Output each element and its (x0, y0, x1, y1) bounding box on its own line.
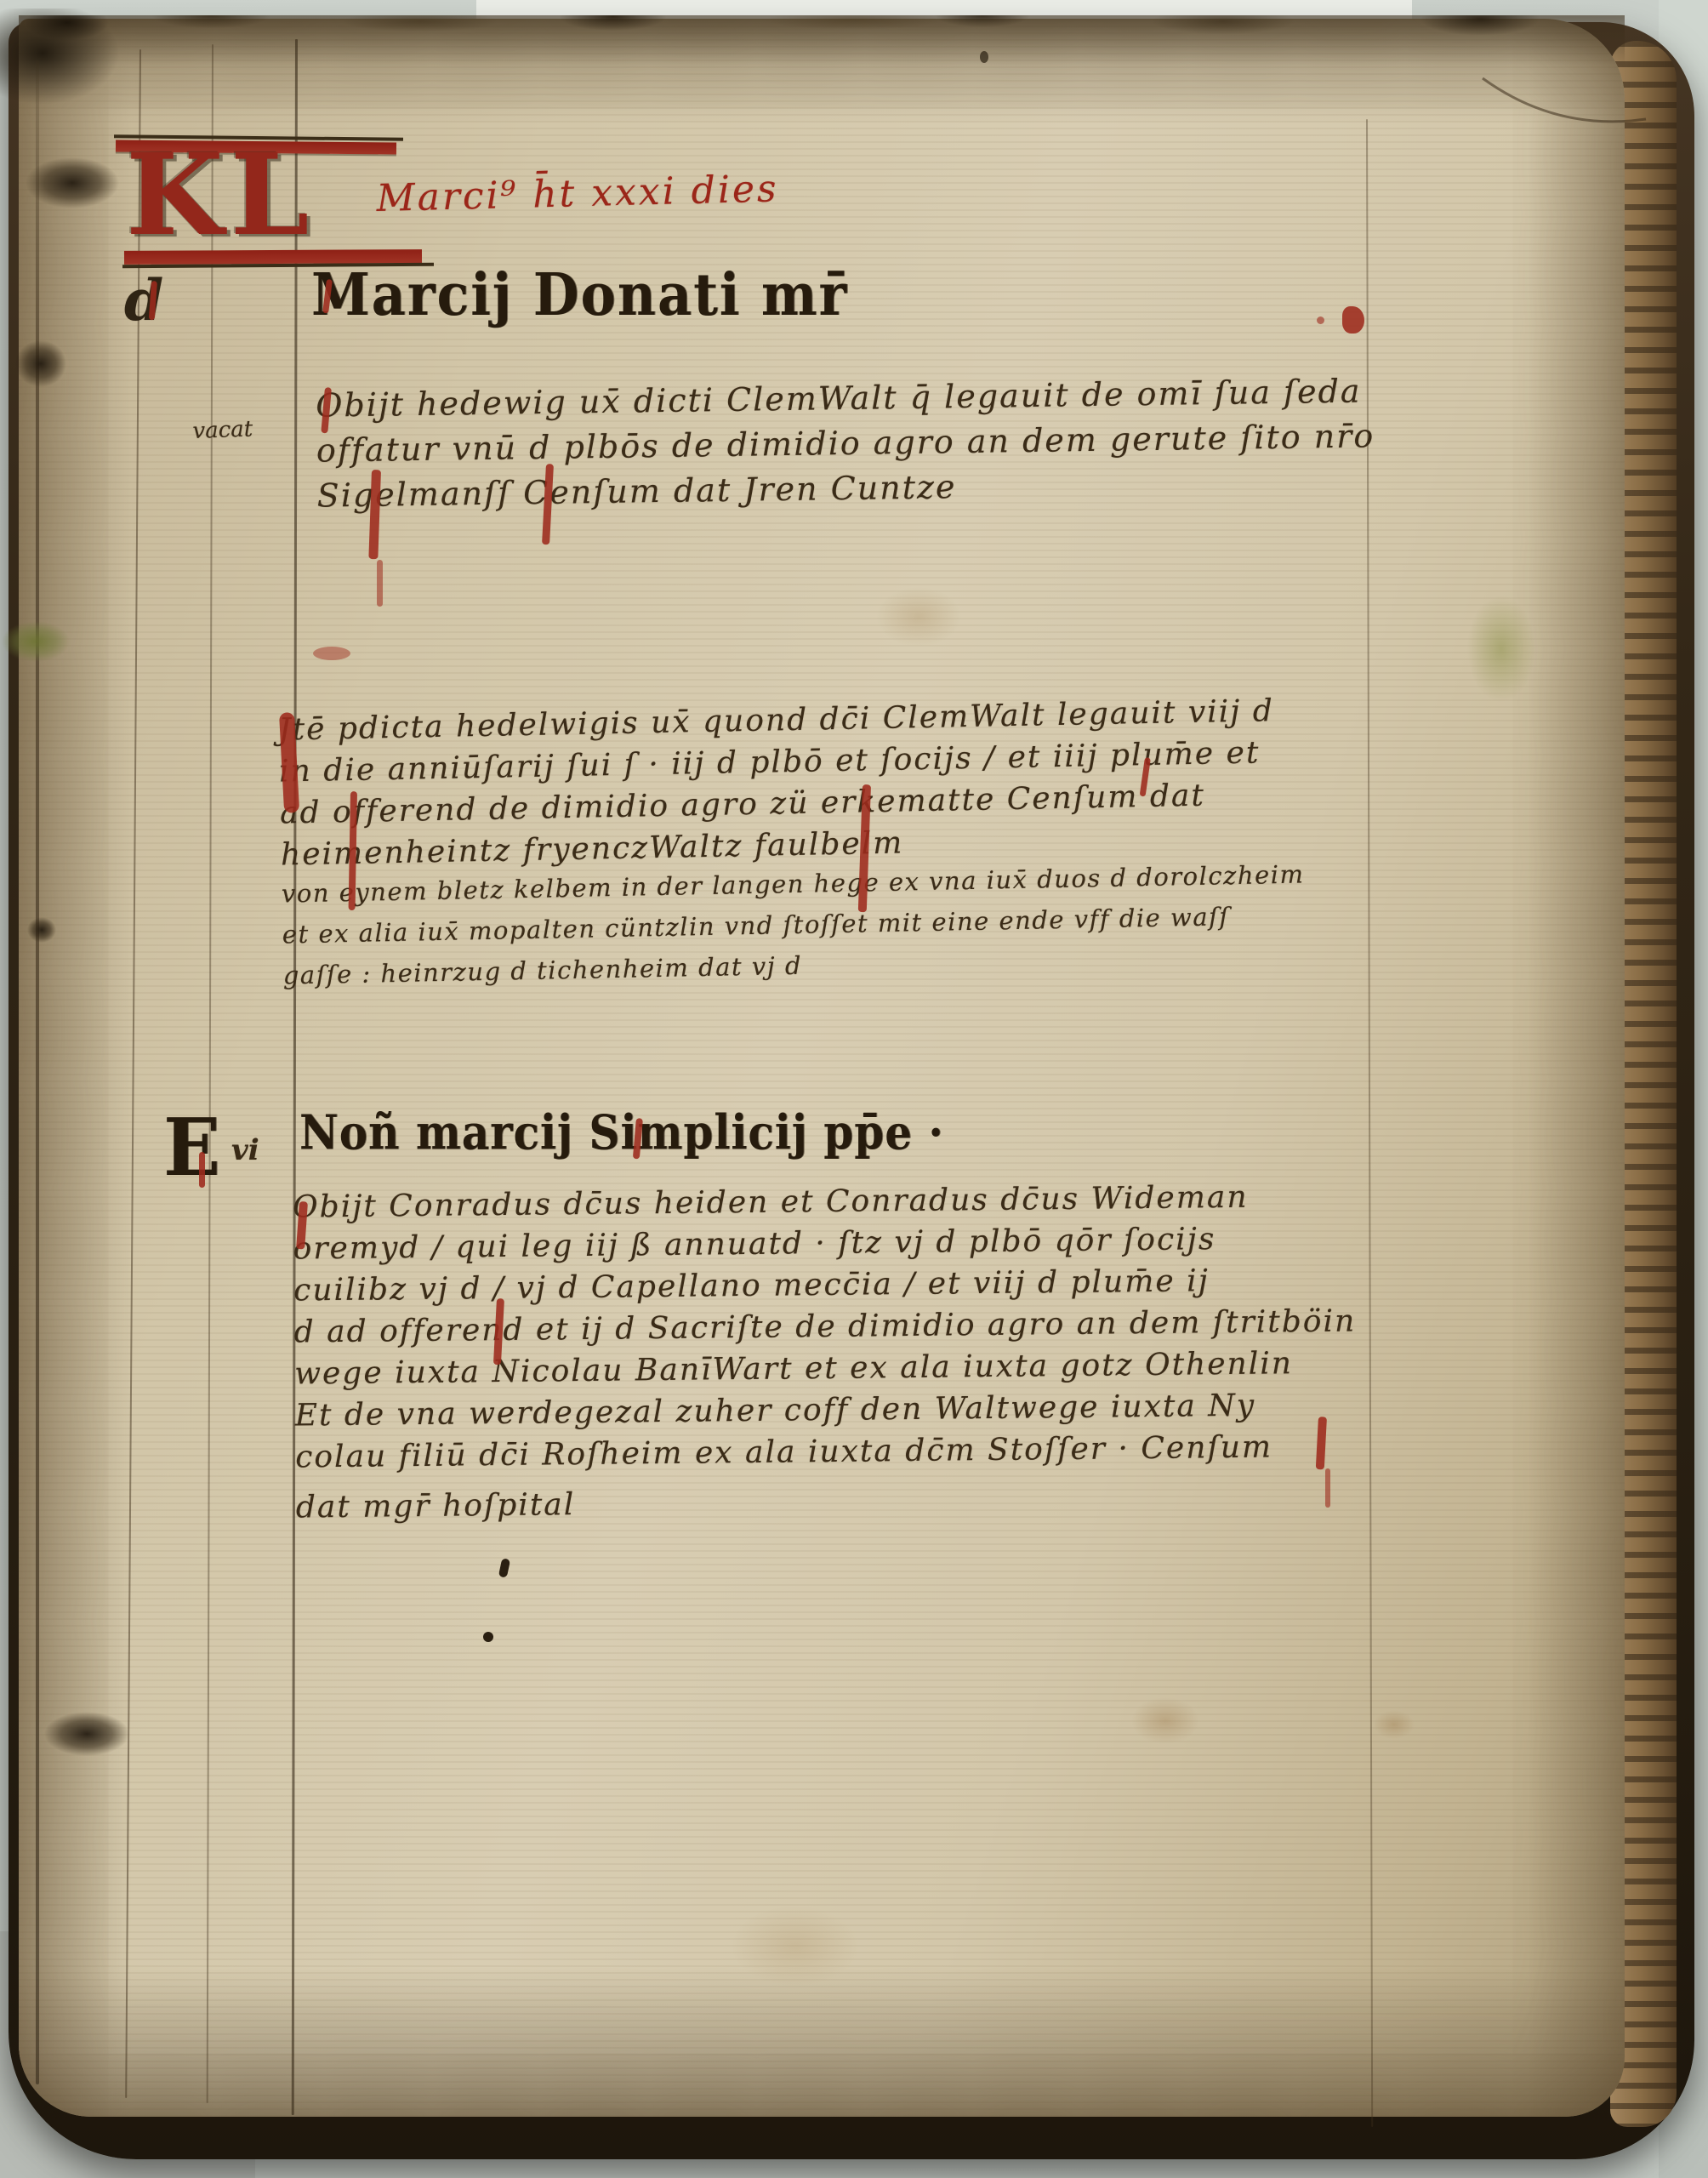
entry3-margin-letter: E (163, 1101, 220, 1194)
entry3-heading: Noñ marcij Simplicij pp̄e · (299, 1104, 944, 1160)
rubric-drip (377, 560, 383, 607)
rubric-drip (1325, 1468, 1330, 1508)
top-left-damage (0, 9, 170, 136)
brown-stain (732, 1906, 859, 1987)
corner-crease (1476, 60, 1654, 170)
brown-stain (876, 587, 961, 647)
manuscript-photo: KL Marci⁹ h̄t xxxi dies d Marcij Donati … (0, 0, 1708, 2178)
entry1-text: Obijt hedewig ux̄ dicti ClemWalt q̄ lega… (316, 372, 1375, 522)
entry3-text: Obijt Conradus dc̄us heiden et Conradus … (293, 1178, 1358, 1531)
torn-top-edge (19, 15, 1625, 75)
rubric-stroke (199, 1152, 205, 1188)
margin-day-letter: d (124, 267, 163, 334)
ink-speck (483, 1632, 493, 1642)
rubric-smudge (313, 647, 350, 660)
ink-speck (980, 51, 988, 63)
binding-stitch (27, 917, 56, 943)
green-stain (1467, 596, 1535, 702)
entry1-heading: Marcij Donati mr̄ (311, 260, 848, 328)
vacat-note: vacat (192, 417, 253, 444)
red-ink-speck (1342, 306, 1364, 334)
page-edge-shading (19, 19, 1625, 2117)
binding-stitch-green-thread (2, 621, 70, 662)
brown-stain (1131, 1697, 1199, 1744)
red-ink-speck (1317, 316, 1324, 324)
entry3-margin-numeral: vi (231, 1133, 259, 1167)
binding-stitch (15, 340, 66, 387)
kl-letters: KL (126, 140, 316, 252)
binding-stitch (26, 157, 119, 208)
entry2-text: Jtē pdicta hedelwigis ux̄ quond dc̄i Cle… (278, 693, 1307, 1001)
binding-stitch (44, 1712, 129, 1756)
brown-stain (1374, 1710, 1415, 1739)
